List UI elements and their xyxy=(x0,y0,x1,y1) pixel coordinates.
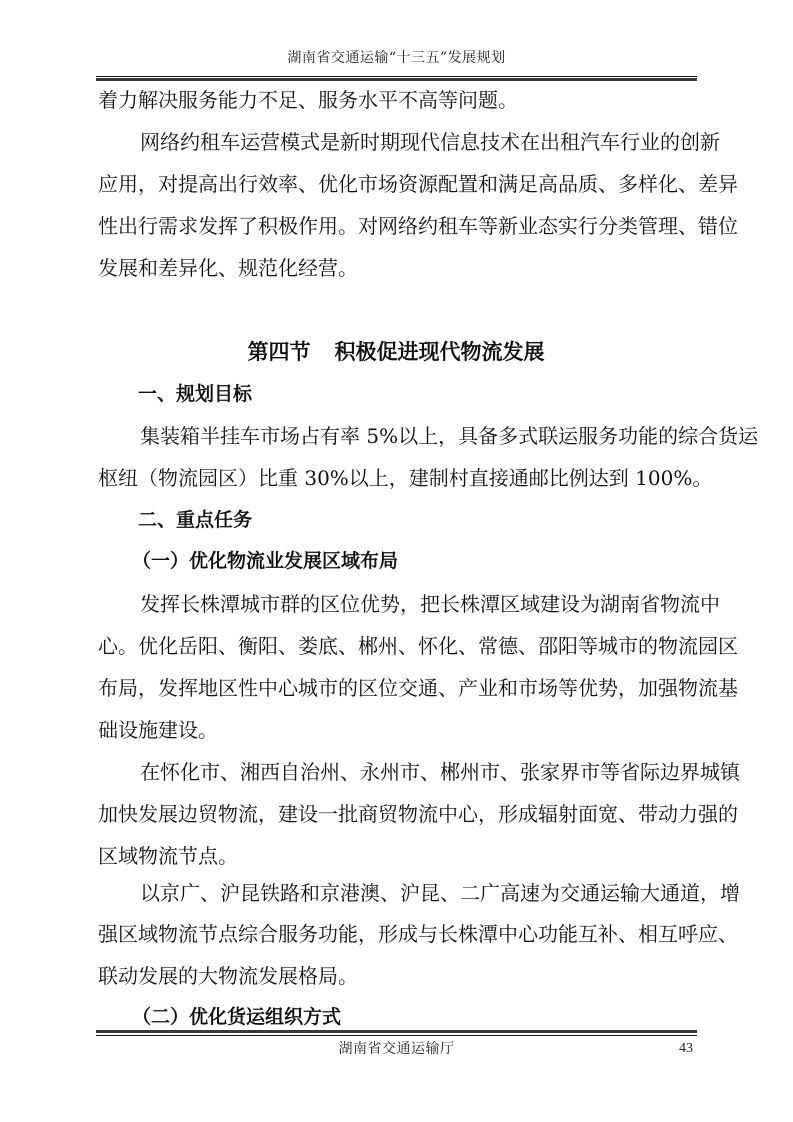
paragraph-line: 发展和差异化、规范化经营。 xyxy=(98,254,694,282)
header-rule-thin xyxy=(96,76,697,77)
heading-key-tasks: 二、重点任务 xyxy=(138,506,252,534)
paragraph-line: 应用，对提高出行效率、优化市场资源配置和满足高品质、多样化、差异 xyxy=(98,170,694,198)
paragraph-line: 联动发展的大物流发展格局。 xyxy=(98,962,694,990)
running-footer-organization: 湖南省交通运输厅 xyxy=(98,1040,695,1058)
paragraph-line: 网络约租车运营模式是新时期现代信息技术在出租汽车行业的创新 xyxy=(140,128,694,156)
paragraph-line: 性出行需求发挥了积极作用。对网络约租车等新业态实行分类管理、错位 xyxy=(98,212,694,240)
subheading-regional-layout: （一）优化物流业发展区域布局 xyxy=(132,547,398,575)
header-rule-thick xyxy=(96,78,697,81)
section-title: 第四节积极促进现代物流发展 xyxy=(98,338,694,366)
subheading-freight-organization: （二）优化货运组织方式 xyxy=(132,1003,341,1031)
paragraph-line: 强区域物流节点综合服务功能，形成与长株潭中心功能互补、相互呼应、 xyxy=(98,920,694,948)
paragraph-line: 区域物流节点。 xyxy=(98,842,694,870)
paragraph-line: 集装箱半挂车市场占有率 5%以上，具备多式联运服务功能的综合货运 xyxy=(140,422,694,450)
document-page: 湖南省交通运输“十三五”发展规划 着力解决服务能力不足、服务水平不高等问题。 网… xyxy=(0,0,793,1122)
paragraph-line: 枢纽（物流园区）比重 30%以上，建制村直接通邮比例达到 100%。 xyxy=(98,464,694,492)
footer-rule-thin xyxy=(96,1035,697,1036)
paragraph-line: 在怀化市、湘西自治州、永州市、郴州市、张家界市等省际边界城镇 xyxy=(140,758,694,786)
paragraph-line: 以京广、沪昆铁路和京港澳、沪昆、二广高速为交通运输大通道，增 xyxy=(140,879,694,907)
footer-rule-thick xyxy=(96,1030,697,1033)
page-number: 43 xyxy=(679,1040,693,1058)
heading-planning-targets: 一、规划目标 xyxy=(138,380,252,408)
section-title-text: 积极促进现代物流发展 xyxy=(335,340,545,364)
carryover-paragraph-line: 着力解决服务能力不足、服务水平不高等问题。 xyxy=(98,86,694,114)
paragraph-line: 加快发展边贸物流，建设一批商贸物流中心，形成辐射面宽、带动力强的 xyxy=(98,800,694,828)
running-header-title: 湖南省交通运输“十三五”发展规划 xyxy=(98,49,695,67)
paragraph-line: 布局，发挥地区性中心城市的区位交通、产业和市场等优势，加强物流基 xyxy=(98,674,694,702)
paragraph-line: 础设施建设。 xyxy=(98,716,694,744)
paragraph-line: 发挥长株潭城市群的区位优势，把长株潭区域建设为湖南省物流中 xyxy=(140,590,694,618)
paragraph-line: 心。优化岳阳、衡阳、娄底、郴州、怀化、常德、邵阳等城市的物流园区 xyxy=(98,632,694,660)
section-number: 第四节 xyxy=(248,340,311,364)
